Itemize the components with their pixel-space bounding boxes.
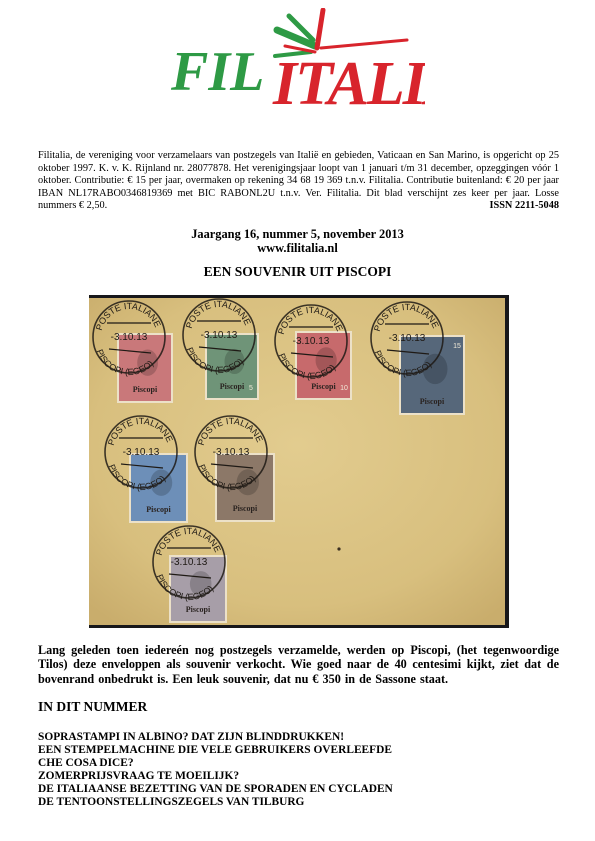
issue-line: Jaargang 16, nummer 5, november 2013 <box>0 227 595 241</box>
svg-text:15: 15 <box>453 343 461 350</box>
toc-item[interactable]: DE TENTOONSTELLINGSZEGELS VAN TILBURG <box>38 796 393 809</box>
svg-text:-3.10.13: -3.10.13 <box>111 332 148 343</box>
svg-text:Piscopi: Piscopi <box>311 382 336 391</box>
svg-text:-3.10.13: -3.10.13 <box>213 447 250 458</box>
svg-text:Piscopi: Piscopi <box>220 382 245 391</box>
svg-text:-3.10.13: -3.10.13 <box>389 333 426 344</box>
toc-item[interactable]: DE ITALIAANSE BEZETTING VAN DE SPORADEN … <box>38 783 393 796</box>
article-lede: Lang geleden toen iedereén nog postzegel… <box>38 643 559 686</box>
logo-fil-text: FIL <box>170 41 264 103</box>
association-info: Filitalia, de vereniging voor verzamelaa… <box>38 150 559 213</box>
toc-list: SOPRASTAMPI IN ALBINO? DAT ZIJN BLINDDRU… <box>38 731 393 808</box>
svg-text:Piscopi: Piscopi <box>233 504 258 513</box>
envelope-photo: PiscopiPiscopi5Piscopi10Piscopi15Piscopi… <box>89 295 509 628</box>
issue-info: Jaargang 16, nummer 5, november 2013 www… <box>0 227 595 255</box>
svg-text:5: 5 <box>249 385 253 392</box>
toc-item[interactable]: ZOMERPRIJSVRAAG TE MOEILIJK? <box>38 770 393 783</box>
website-link[interactable]: www.filitalia.nl <box>0 241 595 255</box>
svg-text:-3.10.13: -3.10.13 <box>123 447 160 458</box>
svg-text:Piscopi: Piscopi <box>146 505 171 514</box>
issn: ISSN 2211-5048 <box>38 200 559 213</box>
svg-text:Piscopi: Piscopi <box>133 385 158 394</box>
svg-text:10: 10 <box>340 385 348 392</box>
svg-text:-3.10.13: -3.10.13 <box>293 336 330 347</box>
svg-text:-3.10.13: -3.10.13 <box>201 330 238 341</box>
logo-italia-text: ITALIA <box>272 50 425 108</box>
toc-item[interactable]: SOPRASTAMPI IN ALBINO? DAT ZIJN BLINDDRU… <box>38 731 393 744</box>
toc-item[interactable]: CHE COSA DICE? <box>38 757 393 770</box>
envelope-image: PiscopiPiscopi5Piscopi10Piscopi15Piscopi… <box>89 295 509 628</box>
logo-graphic: FIL ITALIA <box>165 8 425 108</box>
article-title: EEN SOUVENIR UIT PISCOPI <box>0 264 595 280</box>
svg-text:-3.10.13: -3.10.13 <box>171 557 208 568</box>
filitalia-logo: FIL ITALIA <box>165 8 425 108</box>
toc-item[interactable]: EEN STEMPELMACHINE DIE VELE GEBRUIKERS O… <box>38 744 393 757</box>
svg-text:Piscopi: Piscopi <box>420 397 445 406</box>
svg-text:Piscopi: Piscopi <box>186 605 211 614</box>
toc-heading: IN DIT NUMMER <box>38 699 147 715</box>
